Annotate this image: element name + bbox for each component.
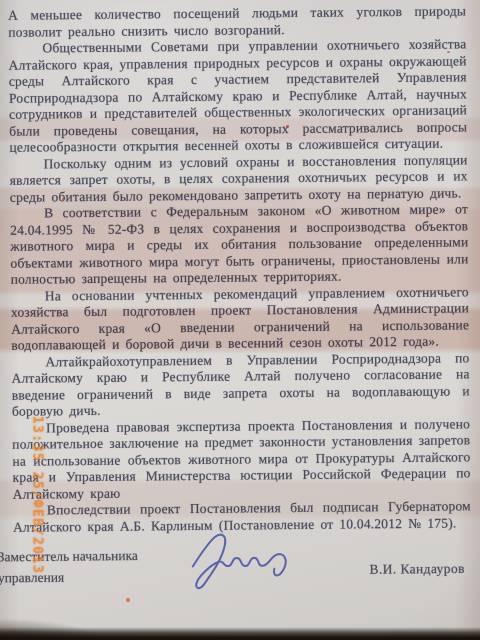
signer-position: Заместитель начальника управления xyxy=(0,545,138,588)
table-surface xyxy=(0,627,480,640)
signature-ink xyxy=(184,519,305,600)
signer-position-line2: управления xyxy=(0,566,138,588)
paragraph: Алтайкрайохотуправлением в Управлении Ро… xyxy=(11,350,470,420)
paragraph: В соответствии с Федеральным законом «О … xyxy=(10,201,469,288)
document-photo: А меньшее количество посещений людьми та… xyxy=(0,0,480,640)
paragraph: Поскольку одним из условий охраны и восс… xyxy=(9,152,467,206)
signer-position-line1: Заместитель начальника xyxy=(0,545,138,567)
paragraph-continuation: А меньшее количество посещений людьми та… xyxy=(8,3,466,40)
document-page: А меньшее количество посещений людьми та… xyxy=(0,0,480,536)
paragraph: Общественными Советами при управлении ох… xyxy=(8,36,467,156)
paragraph: Проведена правовая экспертиза проекта По… xyxy=(12,416,471,503)
signer-name: В.И. Кандауров xyxy=(369,561,464,578)
paragraph: На основании учтенных рекомендаций управ… xyxy=(11,284,470,354)
camera-timestamp: 13:35 25/ФЕВ/2013 xyxy=(30,416,45,575)
